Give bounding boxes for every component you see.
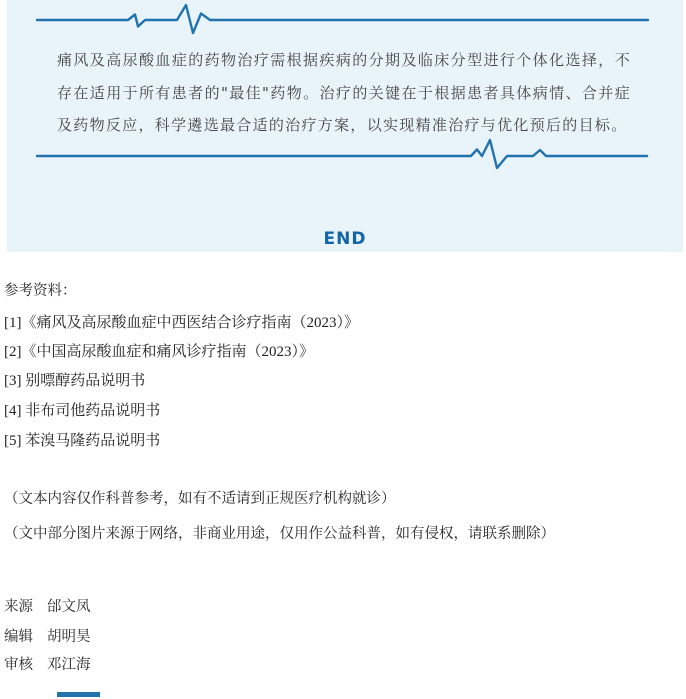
credit-editor-name: 胡明昊 [47,629,91,645]
disclaimer-text: （文本内容仅作科普参考，如有不适请到正规医疗机构就诊） [4,487,396,508]
credit-reviewer-name: 邓江海 [47,657,91,673]
summary-panel: 痛风及高尿酸血症的药物治疗需根据疾病的分期及临床分型进行个体化选择，不存在适用于… [7,0,683,252]
reference-item-4: [4] 非布司他药品说明书 [4,399,160,420]
reference-item-2: [2]《中国高尿酸血症和痛风诊疗指南（2023）》 [4,340,314,361]
heartbeat-line-top-icon [37,5,648,33]
heartbeat-line-bottom-icon [37,140,647,168]
credit-source-name: 邰文凤 [47,599,91,615]
reference-item-1: [1]《痛风及高尿酸血症中西医结合诊疗指南（2023）》 [4,311,359,332]
credit-source: 来源邰文凤 [4,595,91,616]
references-heading: 参考资料： [4,279,77,300]
cutoff-divider [57,692,100,697]
article-page: 痛风及高尿酸血症的药物治疗需根据疾病的分期及临床分型进行个体化选择，不存在适用于… [0,0,686,699]
credit-reviewer: 审核邓江海 [4,653,91,674]
image-copyright-disclaimer: （文中部分图片来源于网络，非商业用途，仅用作公益科普，如有侵权，请联系删除） [4,522,555,543]
end-label: END [7,229,683,249]
credit-editor: 编辑胡明昊 [4,625,91,646]
summary-paragraph: 痛风及高尿酸血症的药物治疗需根据疾病的分期及临床分型进行个体化选择，不存在适用于… [57,44,631,142]
credit-editor-role: 编辑 [4,629,33,645]
credit-reviewer-role: 审核 [4,657,33,673]
reference-item-3: [3] 别嘌醇药品说明书 [4,369,145,390]
reference-item-5: [5] 苯溴马隆药品说明书 [4,429,160,450]
credit-source-role: 来源 [4,599,33,615]
